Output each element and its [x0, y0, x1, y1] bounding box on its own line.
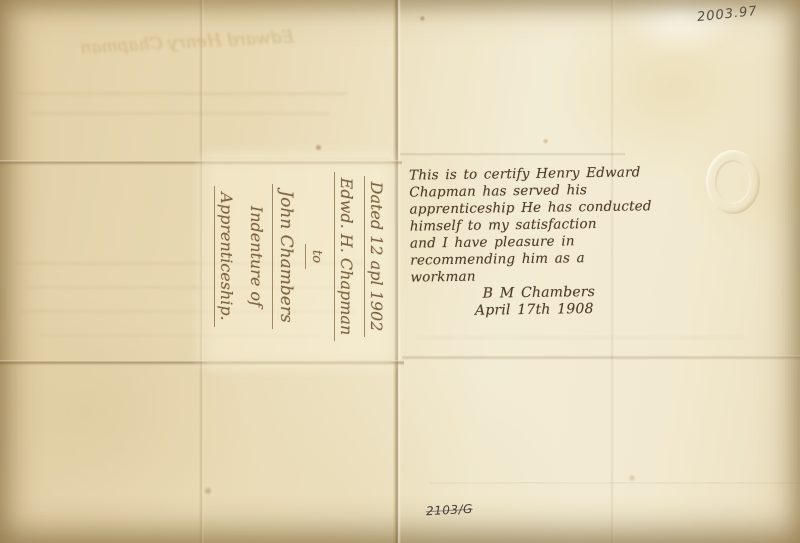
reference-number: 2103/G	[426, 502, 474, 518]
fold-crease-horizontal-bottom-right	[430, 482, 800, 485]
embossed-seal-ring	[715, 160, 751, 204]
catalog-number: 2003.97	[696, 4, 758, 25]
embossed-seal	[706, 150, 760, 214]
bleedthrough-text: Edward Henry Chapman	[34, 27, 295, 61]
docket-line-title1: Indenture of	[241, 154, 271, 359]
docket-line-apprentice: Edwd. H. Chapman	[331, 154, 361, 359]
certification-note: This is to certify Henry Edward Chapman …	[409, 164, 639, 320]
docket: Dated 12 apl 1902 Edwd. H. Chapman to Jo…	[211, 154, 391, 359]
bleedthrough-line	[415, 336, 745, 339]
certificate-line: This is to certify Henry Edward	[409, 164, 637, 184]
fold-crease-vertical-center	[393, 0, 401, 543]
bleedthrough-line	[18, 92, 348, 95]
docket-line-master: John Chambers	[271, 154, 301, 359]
certificate-date: April 17th 1908	[411, 300, 639, 320]
docket-text: Dated 12 apl 1902 Edwd. H. Chapman to Jo…	[211, 154, 391, 359]
bleedthrough-line	[30, 112, 330, 115]
docket-line-to: to	[301, 154, 331, 359]
docket-line-date: Dated 12 apl 1902	[361, 154, 391, 359]
certificate-line: apprenticeship He has conducted	[409, 198, 637, 218]
fold-crease-horizontal-lower-right	[402, 355, 800, 360]
fold-crease-horizontal-upper-right	[400, 152, 625, 156]
document-photo: Edward Henry Chapman 2003.97 Dated 12 ap…	[0, 0, 800, 543]
docket-line-title2: Apprenticeship.	[211, 154, 241, 359]
